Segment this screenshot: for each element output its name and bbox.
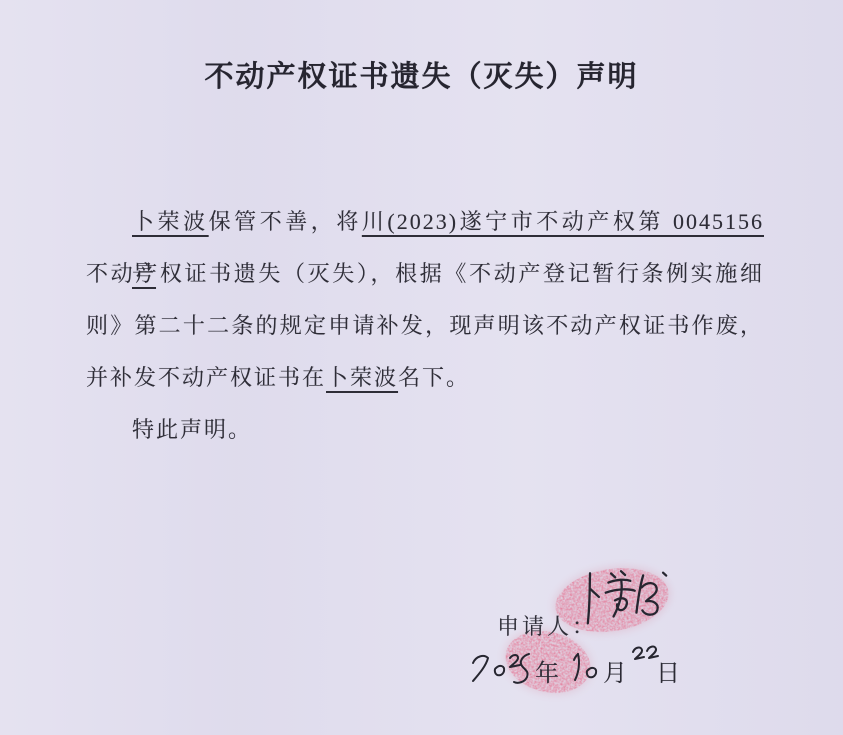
day-unit: 日: [656, 653, 680, 688]
body-line-1: 卜荣波保管不善，将川(2023)遂宁市不动产权第 0045156 号: [86, 196, 764, 248]
body-text: 则》第二十二条的规定申请补发，现声明该不动产权证书作废，: [86, 313, 764, 338]
declaration-body: 卜荣波保管不善，将川(2023)遂宁市不动产权第 0045156 号 不动产权证…: [86, 196, 764, 456]
body-line-4: 并补发不动产权证书在卜荣波名下。: [86, 352, 764, 404]
body-text: 并补发不动产权证书在: [86, 365, 326, 390]
body-text: 特此声明。: [132, 417, 252, 442]
handwritten-signature: [575, 564, 677, 635]
handwritten-month: [569, 648, 601, 686]
body-line-3: 则》第二十二条的规定申请补发，现声明该不动产权证书作废，: [86, 300, 764, 352]
body-line-5: 特此声明。: [86, 404, 764, 456]
scanned-declaration-page: 不动产权证书遗失（灭失）声明 卜荣波保管不善，将川(2023)遂宁市不动产权第 …: [0, 0, 843, 735]
body-text: 名下。: [398, 365, 470, 390]
handwritten-year: [470, 651, 534, 685]
month-unit: 月: [603, 653, 627, 688]
body-line-2: 不动产权证书遗失（灭失），根据《不动产登记暂行条例实施细: [86, 248, 764, 300]
document-title: 不动产权证书遗失（灭失）声明: [0, 54, 843, 95]
body-text: 不动产权证书遗失（灭失），根据《不动产登记暂行条例实施细: [86, 261, 764, 286]
underlined-applicant-name: 卜荣波: [326, 365, 398, 390]
handwritten-day: [631, 644, 659, 666]
underlined-applicant-name: 卜荣波: [132, 209, 209, 234]
year-unit: 年: [535, 653, 559, 688]
body-text: 保管不善，将: [209, 209, 362, 234]
